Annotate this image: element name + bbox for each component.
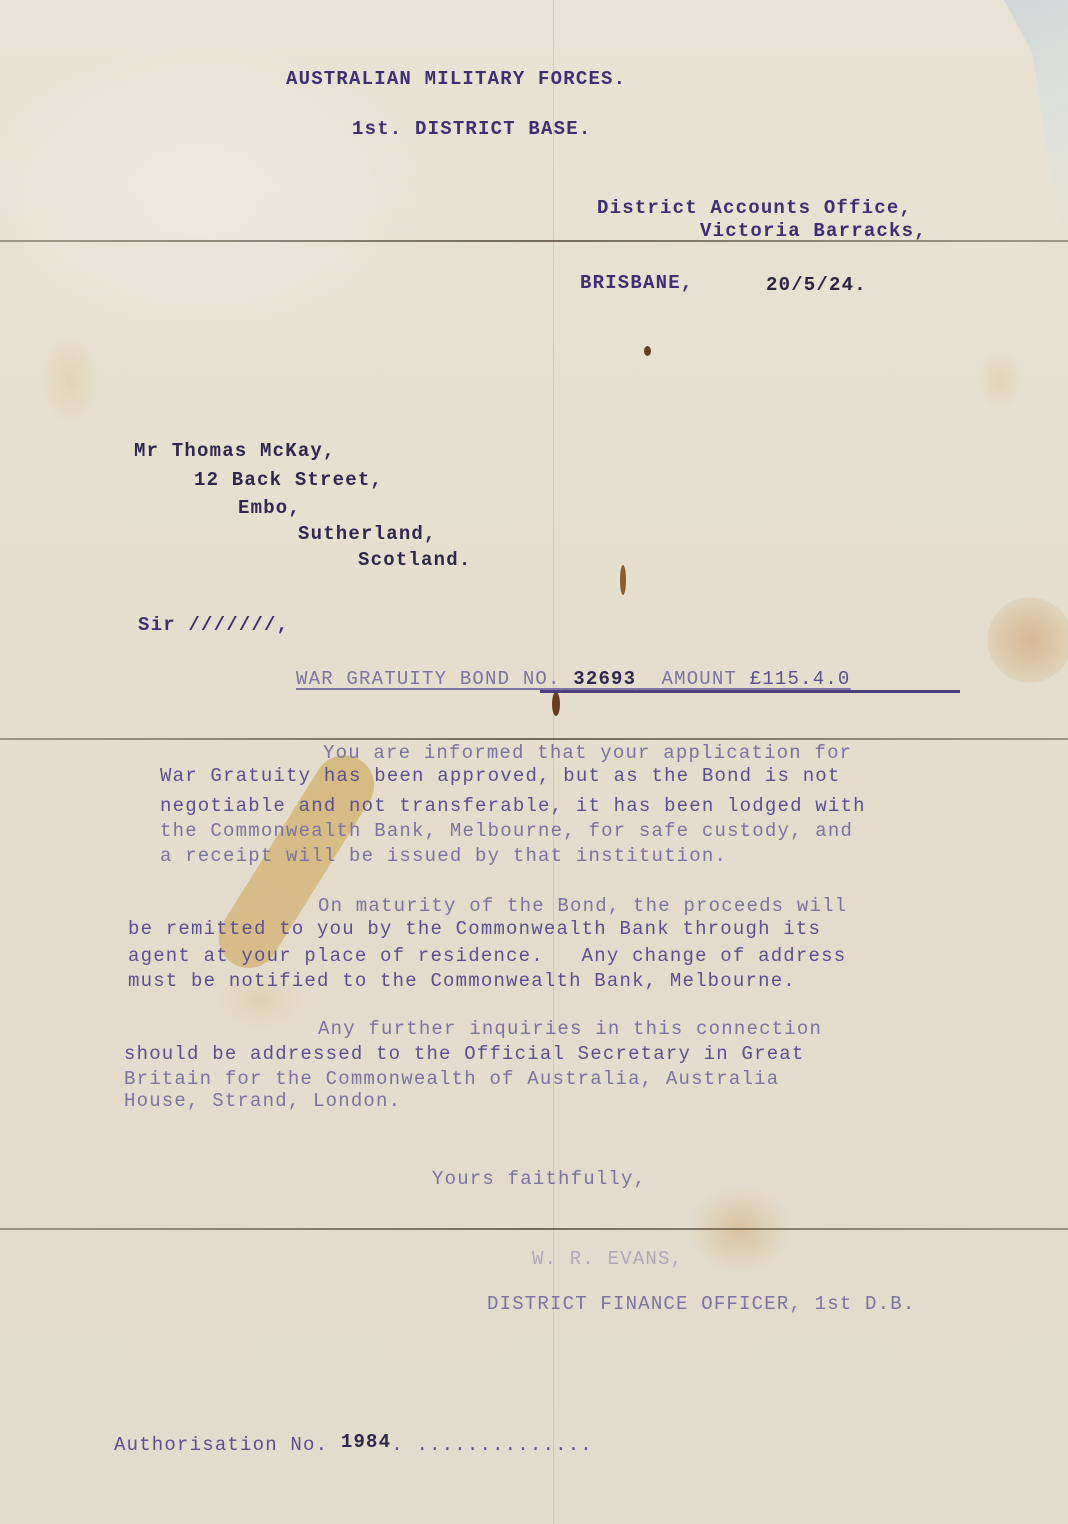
para1-line3: negotiable and not transferable, it has … <box>160 795 866 817</box>
bond-number: 32693 <box>573 668 636 690</box>
sender-office: District Accounts Office, <box>597 197 912 219</box>
sender-city: BRISBANE, <box>580 272 693 294</box>
signatory-title: DISTRICT FINANCE OFFICER, 1st D.B. <box>487 1293 915 1315</box>
letterhead-unit: 1st. DISTRICT BASE. <box>352 118 591 140</box>
amount-label: AMOUNT <box>661 668 737 690</box>
letterhead-organisation: AUSTRALIAN MILITARY FORCES. <box>286 68 626 90</box>
bond-amount: £115.4.0 <box>750 668 851 690</box>
recipient-county: Sutherland, <box>298 523 437 545</box>
para2-line3: agent at your place of residence. Any ch… <box>128 945 846 967</box>
authorisation-number: 1984 <box>341 1431 391 1453</box>
salutation: Sir ///////, <box>138 614 289 636</box>
letter-date: 20/5/24. <box>766 274 867 296</box>
recipient-street: 12 Back Street, <box>194 469 383 491</box>
para2-line4: must be notified to the Commonwealth Ban… <box>128 970 796 992</box>
para3-line2: should be addressed to the Official Secr… <box>124 1043 805 1065</box>
authorisation-leader-dots: . .............. <box>391 1434 593 1456</box>
valediction: Yours faithfully, <box>432 1168 646 1190</box>
subject-underline <box>540 690 960 693</box>
recipient-name: Mr Thomas McKay, <box>134 440 336 462</box>
para2-line1: On maturity of the Bond, the proceeds wi… <box>318 895 847 917</box>
para2-line2: be remitted to you by the Commonwealth B… <box>128 918 821 940</box>
para3-line3: Britain for the Commonwealth of Australi… <box>124 1068 779 1090</box>
ink-spot <box>644 346 651 356</box>
para1-line4: the Commonwealth Bank, Melbourne, for sa… <box>160 820 853 842</box>
recipient-town: Embo, <box>238 497 301 519</box>
authorisation-line: Authorisation No. 1984. .............. <box>114 1434 593 1456</box>
rust-spot <box>552 692 560 716</box>
fold-crease <box>0 1228 1068 1230</box>
para3-line4: House, Strand, London. <box>124 1090 401 1112</box>
rust-spot <box>620 565 626 595</box>
para1-line2: War Gratuity has been approved, but as t… <box>160 765 841 787</box>
para3-line1: Any further inquiries in this connection <box>318 1018 822 1040</box>
fold-crease <box>0 738 1068 740</box>
torn-corner <box>988 0 1068 260</box>
para1-line1: You are informed that your application f… <box>323 742 852 764</box>
subject-line: WAR GRATUITY BOND NO. 32693 AMOUNT £115.… <box>296 668 851 690</box>
sender-barracks: Victoria Barracks, <box>700 220 927 242</box>
subject-label: WAR GRATUITY BOND NO. <box>296 668 561 690</box>
para1-line5: a receipt will be issued by that institu… <box>160 845 727 867</box>
letter-page: AUSTRALIAN MILITARY FORCES. 1st. DISTRIC… <box>0 0 1068 1524</box>
signatory-name: W. R. EVANS, <box>532 1248 683 1270</box>
authorisation-label: Authorisation No. <box>114 1434 328 1456</box>
recipient-country: Scotland. <box>358 549 471 571</box>
